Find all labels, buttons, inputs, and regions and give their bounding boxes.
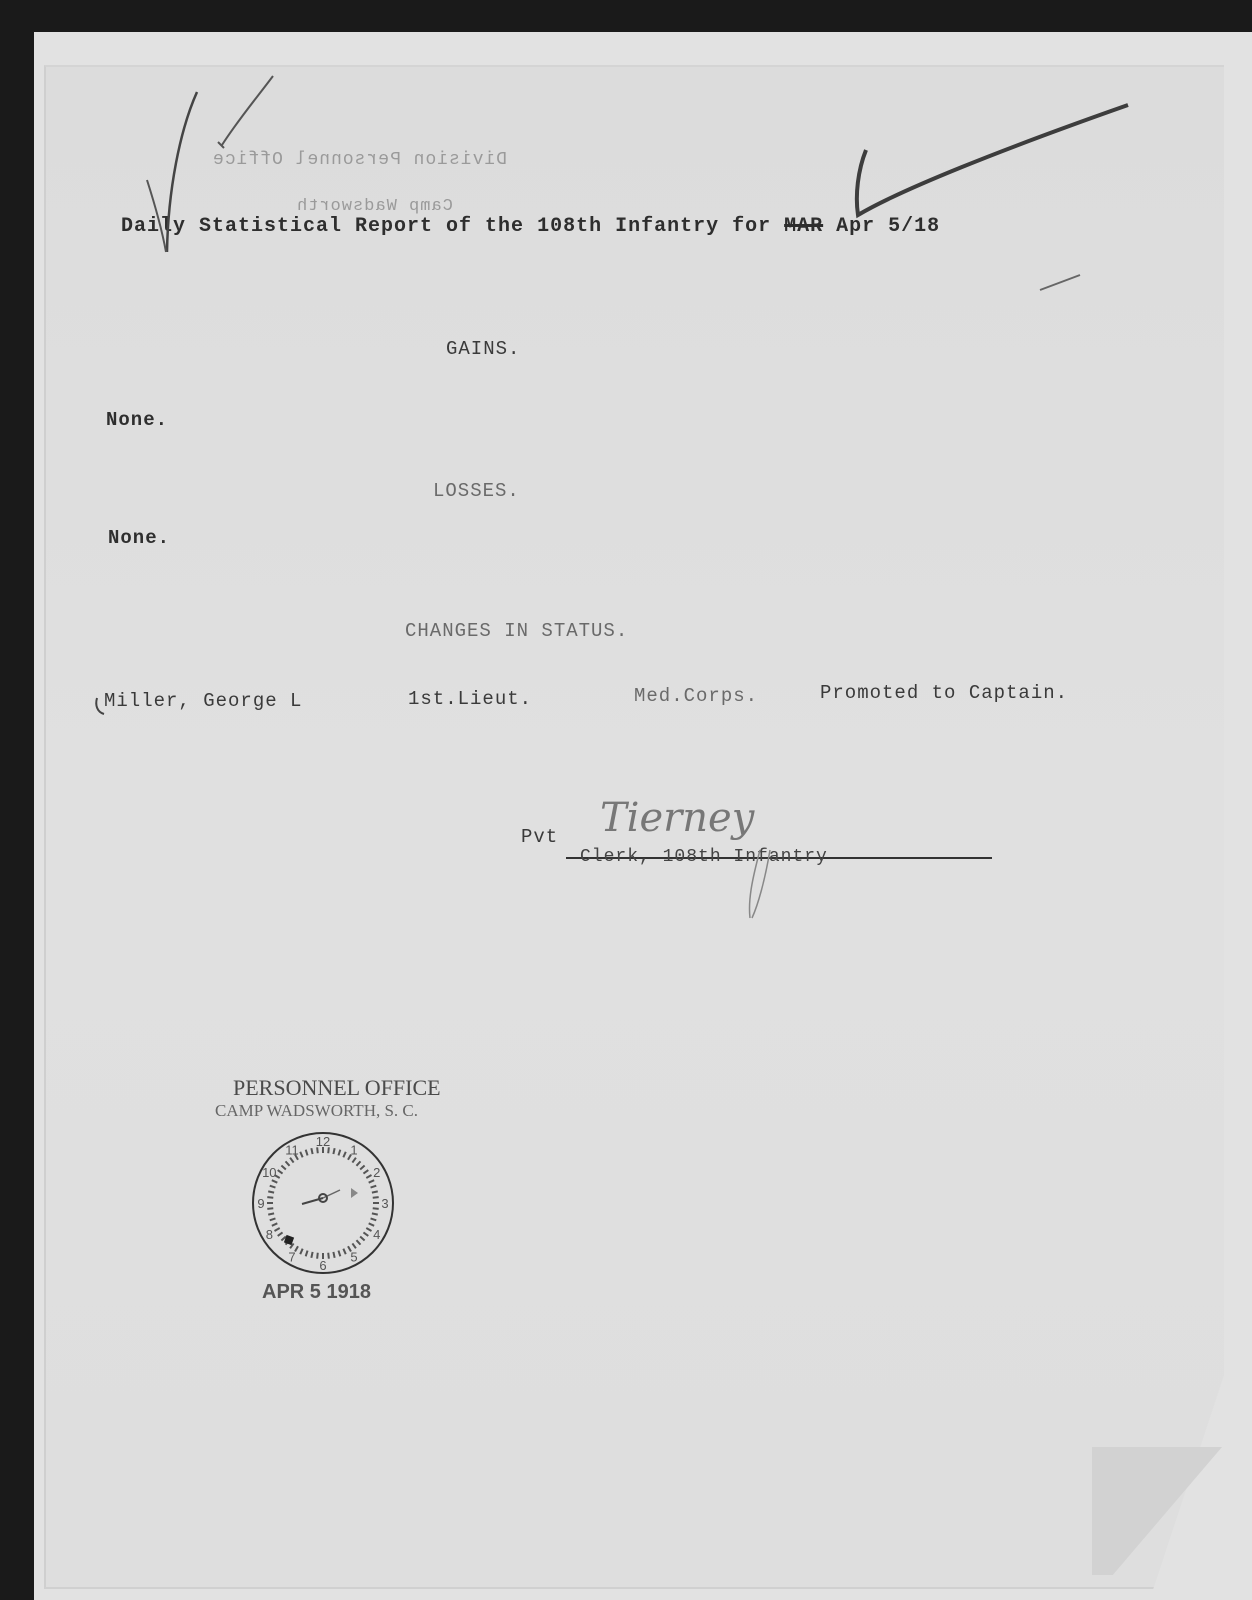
report-date: Apr 5/18 xyxy=(836,215,940,238)
handwritten-signature: Tierney xyxy=(600,795,754,841)
signature-prefix: Pvt xyxy=(521,826,558,848)
struck-month: MAR xyxy=(784,215,823,238)
signature-title: Clerk, 108th Infantry xyxy=(580,847,828,867)
row-unit: Med.Corps. xyxy=(634,685,758,707)
losses-body: None. xyxy=(108,527,170,549)
row-name: Miller, George L xyxy=(104,690,302,712)
losses-heading: LOSSES. xyxy=(433,480,520,502)
stamp-line2: CAMP WADSWORTH, S. C. xyxy=(215,1101,418,1121)
row-change: Promoted to Captain. xyxy=(820,682,1068,704)
row-rank: 1st.Lieut. xyxy=(408,688,532,710)
changes-heading: CHANGES IN STATUS. xyxy=(405,620,628,642)
stamp-line1: PERSONNEL OFFICE xyxy=(233,1075,441,1101)
report-title-text: Daily Statistical Report of the 108th In… xyxy=(121,215,771,238)
stamp-date: APR 5 1918 xyxy=(262,1281,371,1304)
letterhead-reversed-line1: Division Personnel Office xyxy=(212,150,507,170)
letterhead-reversed-line2: Camp Wadsworth xyxy=(296,197,453,216)
gains-heading: GAINS. xyxy=(446,338,520,360)
gains-body: None. xyxy=(106,409,168,431)
report-title: Daily Statistical Report of the 108th In… xyxy=(121,215,940,238)
